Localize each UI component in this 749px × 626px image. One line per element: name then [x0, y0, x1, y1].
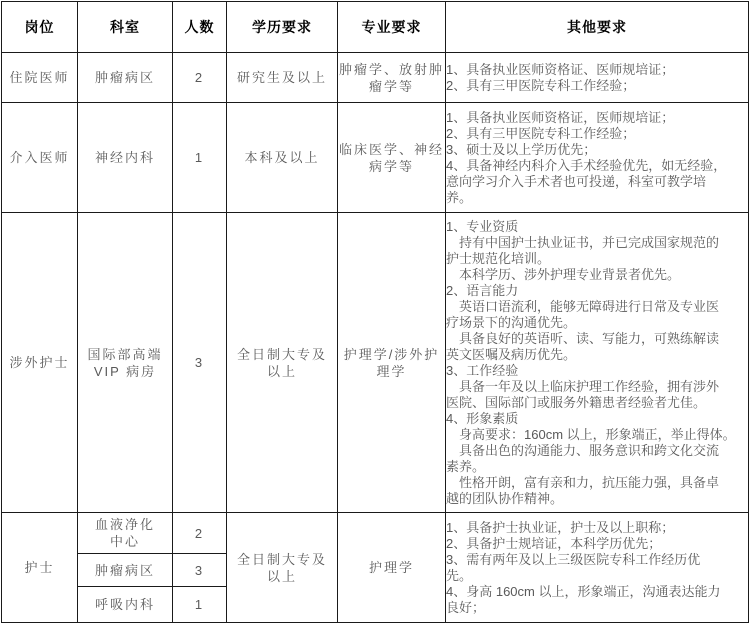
cell-major: 护理学/涉外护 理学	[338, 213, 446, 513]
cell-department: 呼吸内科	[78, 587, 173, 623]
recruitment-table: 岗位 科室 人数 学历要求 专业要求 其他要求 住院医师 肿瘤病区 2 研究生及…	[1, 1, 749, 623]
cell-count: 1	[173, 587, 227, 623]
cell-education: 全日制大专及 以上	[227, 513, 338, 623]
table-row-international-nurse: 涉外护士 国际部高端 VIP 病房 3 全日制大专及 以上 护理学/涉外护 理学…	[2, 213, 749, 513]
table-row-resident-physician: 住院医师 肿瘤病区 2 研究生及以上 肿瘤学、放射肿 瘤学等 1、具备执业医师资…	[2, 53, 749, 103]
cell-department: 神经内科	[78, 103, 173, 213]
header-position: 岗位	[2, 2, 78, 53]
cell-position: 住院医师	[2, 53, 78, 103]
cell-major: 肿瘤学、放射肿 瘤学等	[338, 53, 446, 103]
cell-other-requirements: 1、具备护士执业证，护士及以上职称； 2、具备护士规培证，本科学历优先； 3、需…	[446, 513, 749, 623]
cell-count: 3	[173, 554, 227, 587]
recruitment-notice-page: 岗位 科室 人数 学历要求 专业要求 其他要求 住院医师 肿瘤病区 2 研究生及…	[0, 0, 749, 626]
cell-education: 全日制大专及 以上	[227, 213, 338, 513]
cell-position: 介入医师	[2, 103, 78, 213]
cell-count: 1	[173, 103, 227, 213]
cell-education: 本科及以上	[227, 103, 338, 213]
cell-other-requirements: 1、具备执业医师资格证、医师规培证； 2、具有三甲医院专科工作经验；	[446, 53, 749, 103]
header-education: 学历要求	[227, 2, 338, 53]
cell-count: 2	[173, 513, 227, 554]
cell-position: 护士	[2, 513, 78, 623]
header-department: 科室	[78, 2, 173, 53]
cell-count: 2	[173, 53, 227, 103]
header-count: 人数	[173, 2, 227, 53]
table-row-interventional-physician: 介入医师 神经内科 1 本科及以上 临床医学、神经 病学等 1、具备执业医师资格…	[2, 103, 749, 213]
table-header-row: 岗位 科室 人数 学历要求 专业要求 其他要求	[2, 2, 749, 53]
cell-major: 临床医学、神经 病学等	[338, 103, 446, 213]
table-row-nurse-sub1: 护士 血液净化 中心 2 全日制大专及 以上 护理学 1、具备护士执业证，护士及…	[2, 513, 749, 554]
cell-other-requirements: 1、具备执业医师资格证，医师规培证； 2、具有三甲医院专科工作经验； 3、硕士及…	[446, 103, 749, 213]
cell-department: 血液净化 中心	[78, 513, 173, 554]
cell-department: 肿瘤病区	[78, 554, 173, 587]
header-major: 专业要求	[338, 2, 446, 53]
cell-count: 3	[173, 213, 227, 513]
cell-other-requirements: 1、专业资质 持有中国护士执业证书，并已完成国家规范的 护士规范化培训。 本科学…	[446, 213, 749, 513]
cell-department: 肿瘤病区	[78, 53, 173, 103]
cell-education: 研究生及以上	[227, 53, 338, 103]
header-other: 其他要求	[446, 2, 749, 53]
cell-department: 国际部高端 VIP 病房	[78, 213, 173, 513]
cell-major: 护理学	[338, 513, 446, 623]
cell-position: 涉外护士	[2, 213, 78, 513]
